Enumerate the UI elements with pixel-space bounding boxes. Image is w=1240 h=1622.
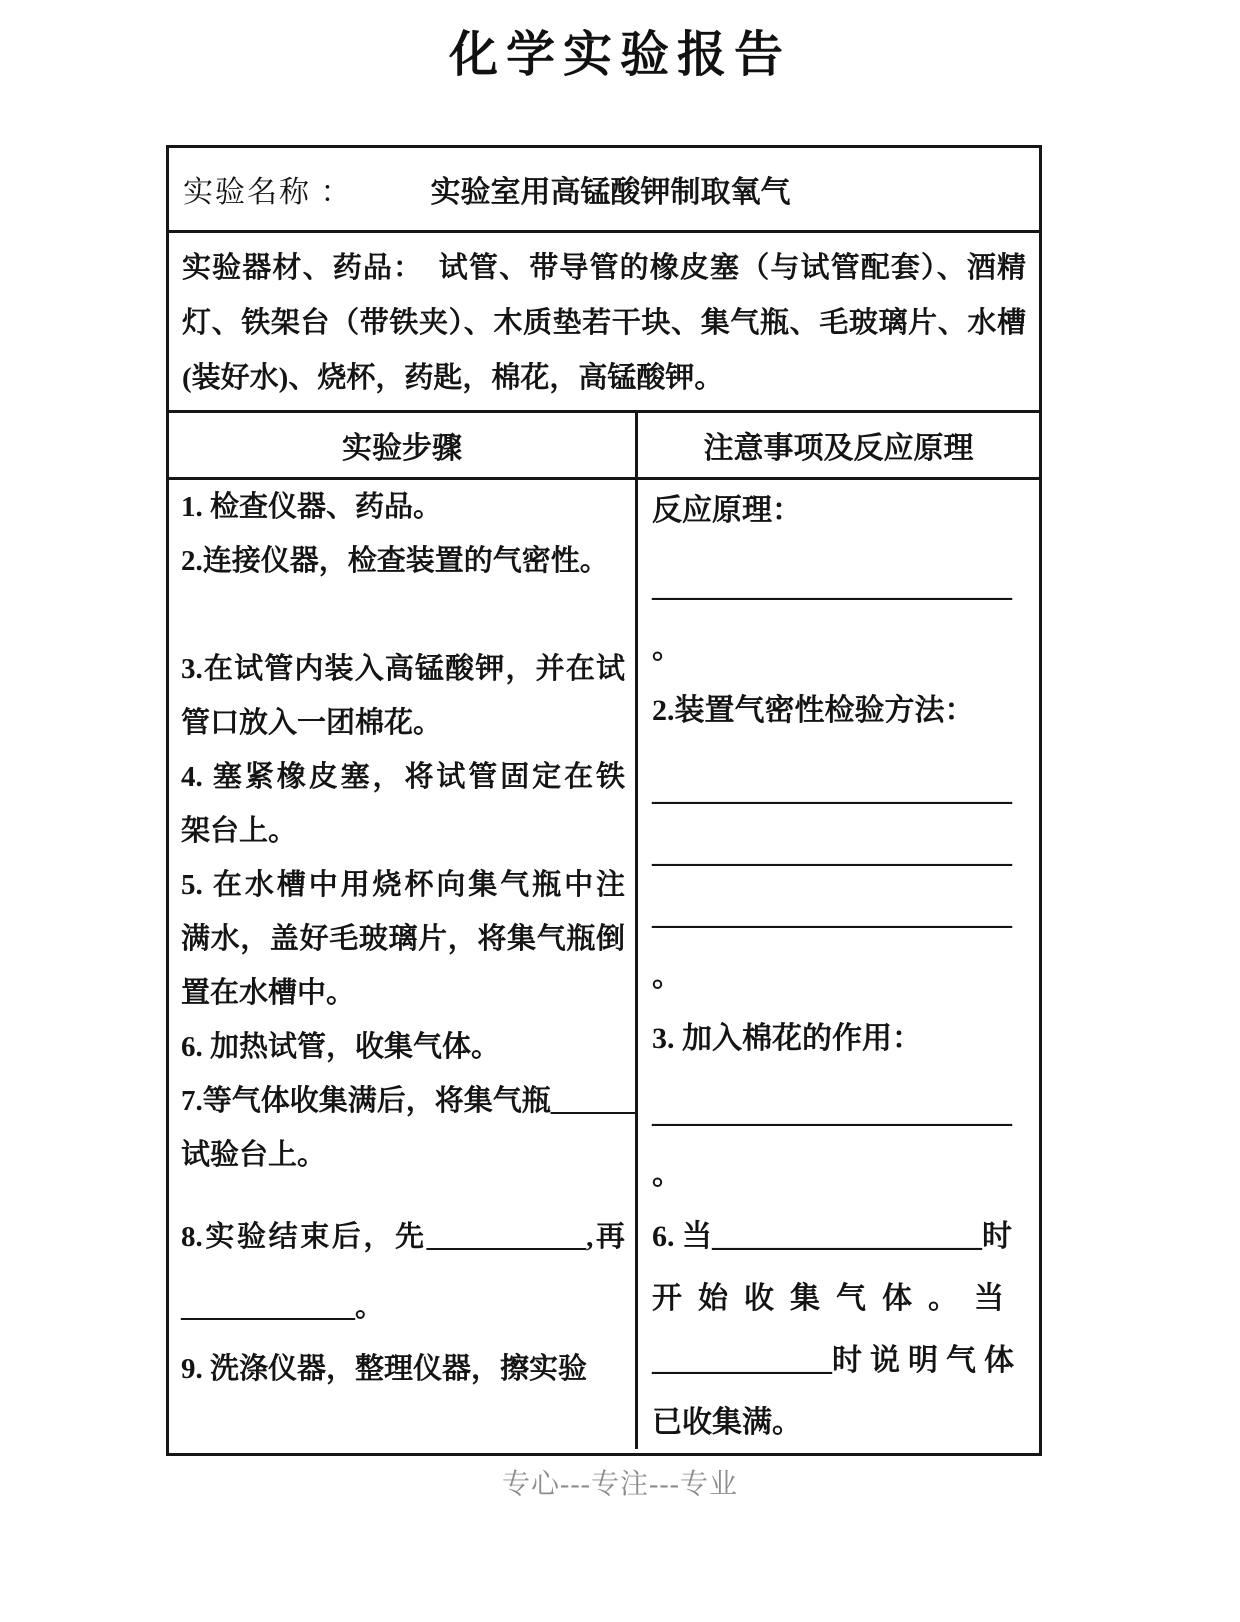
step-line-2: 2.连接仪器，检查装置的气密性。: [181, 534, 625, 588]
question-2-label: 2.装置气密性检验方法：: [652, 680, 1025, 742]
question-6-line-1: 6. 当__________________时: [652, 1206, 1025, 1268]
blank-underline: ________________________: [652, 822, 1025, 884]
notes-column: 反应原理： ________________________ 。 2.装置气密性…: [638, 480, 1039, 1449]
blank-underline: ________________________: [652, 760, 1025, 822]
step-line-9: 9. 洗涤仪器，整理仪器，擦实验: [181, 1342, 625, 1396]
step-line-4b: 架台上。: [181, 804, 625, 858]
equipment-line: 实验器材、药品： 试管、带导管的橡皮塞（与试管配套）、酒精: [182, 241, 1026, 296]
period-mark: 。: [652, 1144, 1025, 1206]
step-line-5b: 满水，盖好毛玻璃片，将集气瓶倒: [181, 912, 625, 966]
step-line-7b: 试验台上。: [181, 1128, 625, 1182]
principle-label: 反应原理：: [652, 480, 1025, 542]
step-line-5a: 5. 在水槽中用烧杯向集气瓶中注: [181, 858, 625, 912]
report-table: 实验名称 ： 实验室用高锰酸钾制取氧气 实验器材、药品： 试管、带导管的橡皮塞（…: [166, 145, 1042, 1456]
equipment-row: 实验器材、药品： 试管、带导管的橡皮塞（与试管配套）、酒精 灯、铁架台（带铁夹）…: [169, 230, 1039, 410]
experiment-name-value: 实验室用高锰酸钾制取氧气: [431, 167, 791, 211]
question-6-end: 时: [982, 1220, 1012, 1253]
blank-underline: __________________: [712, 1220, 982, 1253]
footer-text: 专心---专注---专业: [0, 1462, 1240, 1502]
steps-column: 1. 检查仪器、药品。 2.连接仪器，检查装置的气密性。 3.在试管内装入高锰酸…: [169, 480, 638, 1449]
question-6-line-3: ____________时说明气体: [652, 1330, 1025, 1392]
question-6-tail: 时说明气体: [832, 1344, 1022, 1377]
question-6-line-4: 已收集满。: [652, 1392, 1025, 1449]
step-line-4a: 4. 塞紧橡皮塞，将试管固定在铁: [181, 750, 625, 804]
period-mark: 。: [652, 946, 1025, 1008]
step-line-5c: 置在水槽中。: [181, 966, 625, 1020]
blank-underline: ____________: [652, 1344, 832, 1377]
step-line-8b: ____________。: [181, 1280, 625, 1334]
blank-underline: ________________________: [652, 556, 1025, 618]
question-3-label: 3. 加入棉花的作用：: [652, 1008, 1025, 1070]
blank-underline: ________________________: [652, 884, 1025, 946]
blank-line: [181, 588, 625, 642]
lab-report-page: 化学实验报告 实验名称 ： 实验室用高锰酸钾制取氧气 实验器材、药品： 试管、带…: [0, 0, 1240, 1622]
blank-underline: ________________________: [652, 1082, 1025, 1144]
column-header-row: 实验步骤 注意事项及反应原理: [169, 410, 1039, 477]
step-line-3a: 3.在试管内装入高锰酸钾，并在试: [181, 642, 625, 696]
question-6-line-2: 开始收集气体。当: [652, 1268, 1025, 1330]
equipment-line: 灯、铁架台（带铁夹）、木质垫若干块、集气瓶、毛玻璃片、水槽: [182, 296, 1026, 351]
step-line-6: 6. 加热试管，收集气体。: [181, 1020, 625, 1074]
experiment-name-row: 实验名称 ： 实验室用高锰酸钾制取氧气: [169, 148, 1039, 230]
period-mark: 。: [652, 618, 1025, 680]
step-line-1: 1. 检查仪器、药品。: [181, 480, 625, 534]
step-line-8a: 8.实验结束后，先___________,再: [181, 1210, 625, 1264]
question-6-start: 6. 当: [652, 1220, 712, 1253]
step-line-3b: 管口放入一团棉花。: [181, 696, 625, 750]
notes-column-header: 注意事项及反应原理: [638, 413, 1039, 477]
equipment-line: (装好水)、烧杯，药匙，棉花，高锰酸钾。: [182, 351, 1026, 406]
step-line-7a: 7.等气体收集满后，将集气瓶______: [181, 1074, 625, 1128]
experiment-name-label: 实验名称 ：: [183, 167, 353, 211]
page-title: 化学实验报告: [0, 16, 1240, 86]
steps-column-header: 实验步骤: [169, 413, 638, 477]
table-body-row: 1. 检查仪器、药品。 2.连接仪器，检查装置的气密性。 3.在试管内装入高锰酸…: [169, 477, 1039, 1449]
